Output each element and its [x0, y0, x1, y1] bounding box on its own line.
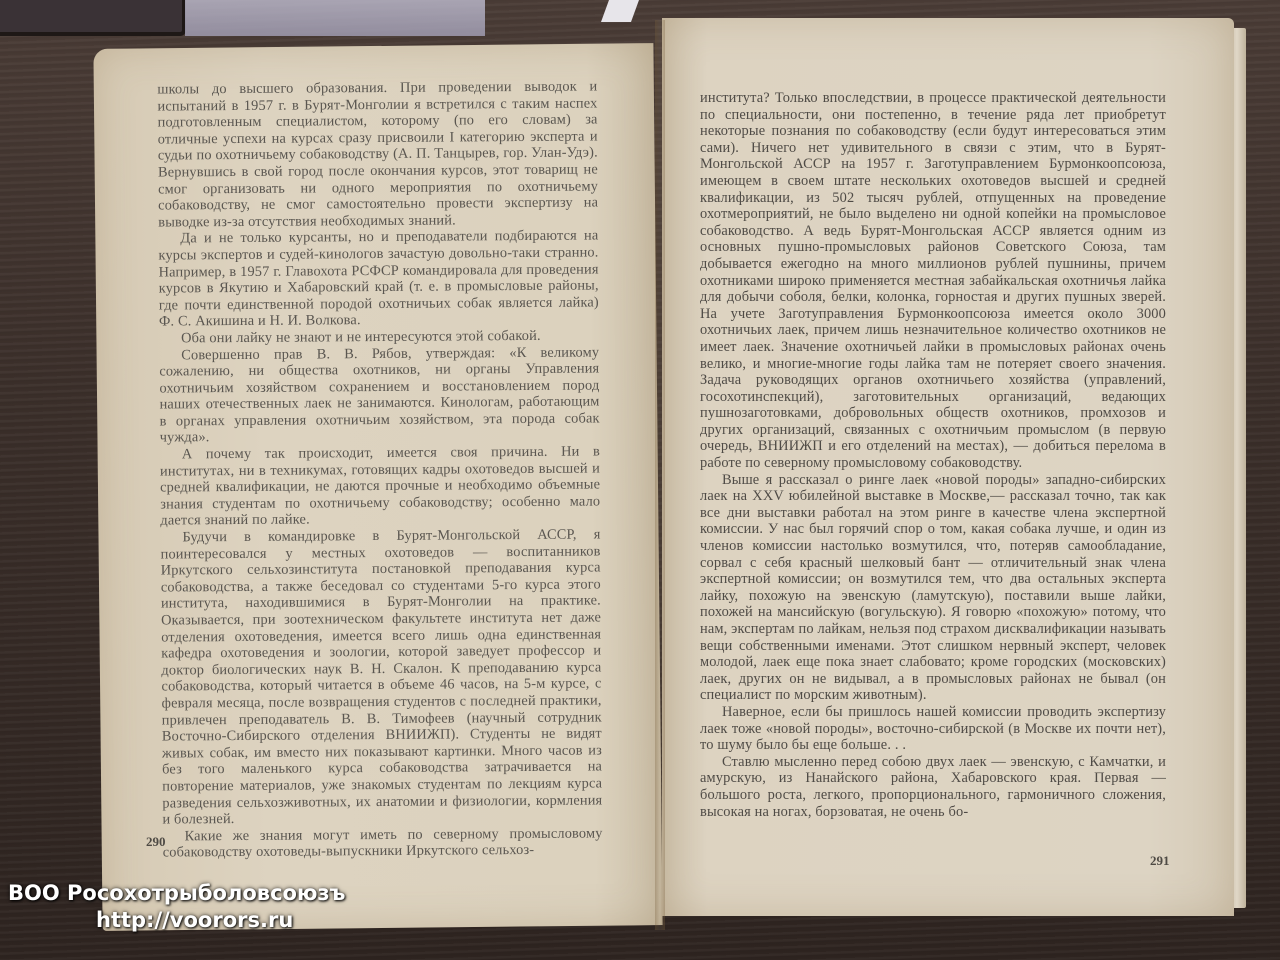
watermark: ВОО Росохотрыболовсоюзъ http://voorors.r… [8, 880, 345, 934]
light-object-strip [185, 0, 485, 36]
watermark-url: http://voorors.ru [8, 907, 345, 934]
paragraph: Будучи в командировке в Бурят-Монгольско… [160, 526, 602, 828]
page-number-left: 290 [146, 834, 166, 850]
dark-book-corner [0, 0, 186, 36]
paragraph: Совершенно прав В. В. Рябов, утверждая: … [159, 344, 600, 447]
paragraph: Ставлю мысленно перед собою двух лаек — … [700, 754, 1166, 820]
left-page-text: школы до высшего образования. При провед… [157, 78, 602, 861]
paragraph: Наверное, если бы пришлось нашей комисси… [700, 704, 1166, 754]
paragraph: Выше я рассказал о ринге лаек «новой пор… [700, 472, 1166, 704]
paragraph: Да и не только курсанты, но и преподават… [158, 228, 599, 331]
paragraph: А почему так происходит, имеется своя пр… [160, 444, 601, 530]
paragraph: школы до высшего образования. При провед… [157, 78, 598, 230]
watermark-org-name: ВОО Росохотрыболовсоюзъ [8, 881, 345, 905]
paragraph: института? Только впоследствии, в процес… [700, 90, 1166, 472]
paragraph: Какие же знания могут иметь по северному… [162, 825, 602, 861]
page-number-right: 291 [1150, 853, 1170, 869]
book-spine-gutter [655, 20, 665, 930]
right-page-text: института? Только впоследствии, в процес… [700, 90, 1166, 820]
